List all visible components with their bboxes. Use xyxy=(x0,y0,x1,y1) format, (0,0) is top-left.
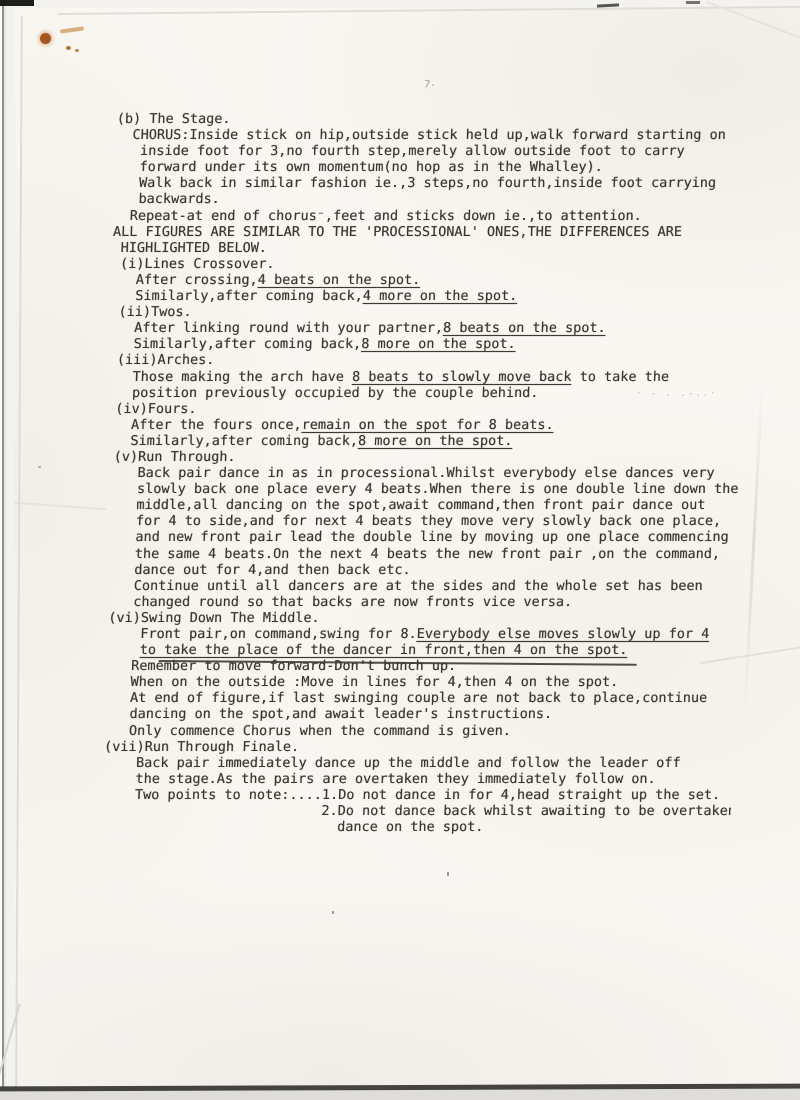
text-segment: dance out for 4,and then back etc. xyxy=(134,562,411,578)
text-line: (b) The Stage. xyxy=(116,111,800,127)
text-line: position previously occupied by the coup… xyxy=(107,385,800,401)
text-segment: middle,all dancing on the spot,await com… xyxy=(136,497,705,513)
text-segment: inside foot for 3,no fourth step,merely … xyxy=(140,143,685,159)
text-line: slowly back one place every 4 beats.When… xyxy=(104,481,800,497)
text-line: (v)Run Through. xyxy=(105,449,800,465)
text-line: Front pair,on command,swing for 8.Everyb… xyxy=(99,626,800,642)
text-segment: changed round so that backs are now fron… xyxy=(133,594,572,610)
scan-artifact-top-dash xyxy=(686,1,700,4)
text-line: Two points to note:....1.Do not dance in… xyxy=(94,787,795,803)
underlined-text: 8 more on the spot. xyxy=(361,336,516,352)
text-line: (vi)Swing Down The Middle. xyxy=(100,610,800,626)
scanned-document-page: { "page": { "description": "Scanned type… xyxy=(0,0,800,1100)
text-line: for 4 to side,and for next 4 beats they … xyxy=(103,513,800,529)
text-segment: Similarly,after coming back, xyxy=(135,288,363,304)
text-segment: dancing on the spot,and await leader's i… xyxy=(129,706,552,722)
text-line: Similarly,after coming back,4 more on th… xyxy=(111,288,800,304)
text-segment: Back pair immediately dance up the middl… xyxy=(136,755,681,771)
text-segment: ALL FIGURES ARE SIMILAR TO THE 'PROCESSI… xyxy=(113,224,682,240)
underlined-text: to take the place of the dancer in front… xyxy=(139,642,627,658)
underlined-text: 8 beats to slowly move back xyxy=(352,369,572,385)
text-line: backwards. xyxy=(114,191,800,207)
text-segment: HIGHLIGHTED BELOW. xyxy=(120,240,267,256)
text-line: (iv)Fours. xyxy=(107,401,800,417)
scanner-left-edge xyxy=(0,0,6,1100)
text-line: HIGHLIGHTED BELOW. xyxy=(112,240,800,256)
underlined-text: remain on the spot for 8 beats. xyxy=(301,417,553,433)
text-segment: and new front pair lead the double line … xyxy=(135,529,729,545)
underlined-text: 8 beats on the spot. xyxy=(443,320,606,336)
underlined-text: 8 more on the spot. xyxy=(358,433,513,449)
text-line: After crossing,4 beats on the spot. xyxy=(111,272,800,288)
text-line: (ii)Twos. xyxy=(110,304,800,320)
text-segment: Repeat-at end of chorus⁻,feet and sticks… xyxy=(130,208,643,224)
ink-speck xyxy=(332,911,334,914)
text-segment: Continue until all dancers are at the si… xyxy=(133,578,702,594)
text-segment: dance on the spot. xyxy=(337,819,484,835)
text-line: Similarly,after coming back,8 more on th… xyxy=(106,433,800,449)
text-line: dance on the spot. xyxy=(93,819,794,835)
text-segment: (iii)Arches. xyxy=(117,352,215,368)
text-segment: Back pair dance in as in processional.Wh… xyxy=(137,465,715,481)
text-segment: Those making the arch have xyxy=(132,369,352,385)
underlined-text: Everybody else moves slowly up for 4 xyxy=(416,626,709,642)
text-line: (iii)Arches. xyxy=(108,352,800,368)
text-segment: Similarly,after coming back, xyxy=(130,433,358,449)
rust-stain xyxy=(40,33,51,44)
faint-pencil-mark: 7· xyxy=(423,79,436,92)
text-segment: (vii)Run Through Finale. xyxy=(104,739,300,755)
text-segment: (b) The Stage. xyxy=(116,111,230,127)
text-line: CHORUS:Inside stick on hip,outside stick… xyxy=(116,127,800,143)
text-line: Those making the arch have 8 beats to sl… xyxy=(108,369,800,385)
text-segment: to take the xyxy=(571,369,669,385)
text-line: the same 4 beats.On the next 4 beats the… xyxy=(102,546,800,562)
text-line: forward under its own momentum(no hop as… xyxy=(115,159,800,175)
text-segment: (iv)Fours. xyxy=(115,401,197,417)
text-segment: slowly back one place every 4 beats.When… xyxy=(137,481,739,497)
text-line: middle,all dancing on the spot,await com… xyxy=(104,497,800,513)
scan-artifact-top-left xyxy=(0,0,34,6)
text-segment: backwards. xyxy=(138,191,220,207)
text-segment: the stage.As the pairs are overtaken the… xyxy=(135,771,656,787)
text-segment: At end of figure,if last swinging couple… xyxy=(130,690,708,706)
rust-stain-dot xyxy=(75,49,79,52)
text-line: Walk back in similar fashion ie.,3 steps… xyxy=(114,175,800,191)
underlined-text: 4 more on the spot. xyxy=(363,288,518,304)
text-segment: the same 4 beats.On the next 4 beats the… xyxy=(135,546,721,562)
text-segment: (ii)Twos. xyxy=(118,304,192,320)
text-line: Back pair dance in as in processional.Wh… xyxy=(105,465,800,481)
text-segment: forward under its own momentum(no hop as… xyxy=(139,159,603,175)
text-segment: After crossing, xyxy=(136,272,258,288)
text-line: to take the place of the dancer in front… xyxy=(99,642,800,658)
ink-speck xyxy=(38,466,41,468)
text-segment: (i)Lines Crossover. xyxy=(120,256,275,272)
text-segment: position previously occupied by the coup… xyxy=(132,385,539,401)
typewritten-text: (b) The Stage.CHORUS:Inside stick on hip… xyxy=(93,111,800,835)
text-segment: (v)Run Through. xyxy=(113,449,235,465)
text-segment: After the fours once, xyxy=(131,417,302,433)
text-line: Back pair immediately dance up the middl… xyxy=(95,755,796,771)
text-line: When on the outside :Move in lines for 4… xyxy=(98,674,799,690)
text-line: (i)Lines Crossover. xyxy=(112,256,800,272)
text-line: Only commence Chorus when the command is… xyxy=(96,723,797,739)
text-line: dance out for 4,and then back etc. xyxy=(102,562,800,578)
text-line: At end of figure,if last swinging couple… xyxy=(97,690,798,706)
text-segment: Two points to note:....1.Do not dance in… xyxy=(135,787,721,803)
text-line: dancing on the spot,and await leader's i… xyxy=(97,706,798,722)
rust-stain-dot xyxy=(66,46,71,50)
text-line: Similarly,after coming back,8 more on th… xyxy=(109,336,800,352)
text-segment: 2.Do not dance back whilst awaiting to b… xyxy=(321,803,731,819)
text-segment: CHORUS:Inside stick on hip,outside stick… xyxy=(132,127,726,143)
text-segment: for 4 to side,and for next 4 beats they … xyxy=(136,513,722,529)
text-segment: Walk back in similar fashion ie.,3 steps… xyxy=(139,175,717,191)
text-segment: When on the outside :Move in lines for 4… xyxy=(130,674,618,690)
ink-speck xyxy=(447,872,449,876)
text-segment: After linking round with your partner, xyxy=(134,320,443,336)
text-segment: Similarly,after coming back, xyxy=(133,336,361,352)
text-line: and new front pair lead the double line … xyxy=(103,529,800,545)
text-line: (vii)Run Through Finale. xyxy=(96,739,797,755)
text-line: the stage.As the pairs are overtaken the… xyxy=(95,771,796,787)
text-line: 2.Do not dance back whilst awaiting to b… xyxy=(94,803,731,819)
text-line: After linking round with your partner,8 … xyxy=(110,320,800,336)
text-line: inside foot for 3,no fourth step,merely … xyxy=(115,143,800,159)
text-line: Continue until all dancers are at the si… xyxy=(101,578,800,594)
text-line: ALL FIGURES ARE SIMILAR TO THE 'PROCESSI… xyxy=(113,224,800,240)
text-line: After the fours once,remain on the spot … xyxy=(106,417,800,433)
text-segment: Front pair,on command,swing for 8. xyxy=(140,626,417,642)
text-segment: Only commence Chorus when the command is… xyxy=(129,723,512,739)
text-line: Repeat-at end of chorus⁻,feet and sticks… xyxy=(113,208,800,224)
text-segment: (vi)Swing Down The Middle. xyxy=(108,610,320,626)
text-line: changed round so that backs are now fron… xyxy=(100,594,800,610)
underlined-text: 4 beats on the spot. xyxy=(257,272,420,288)
